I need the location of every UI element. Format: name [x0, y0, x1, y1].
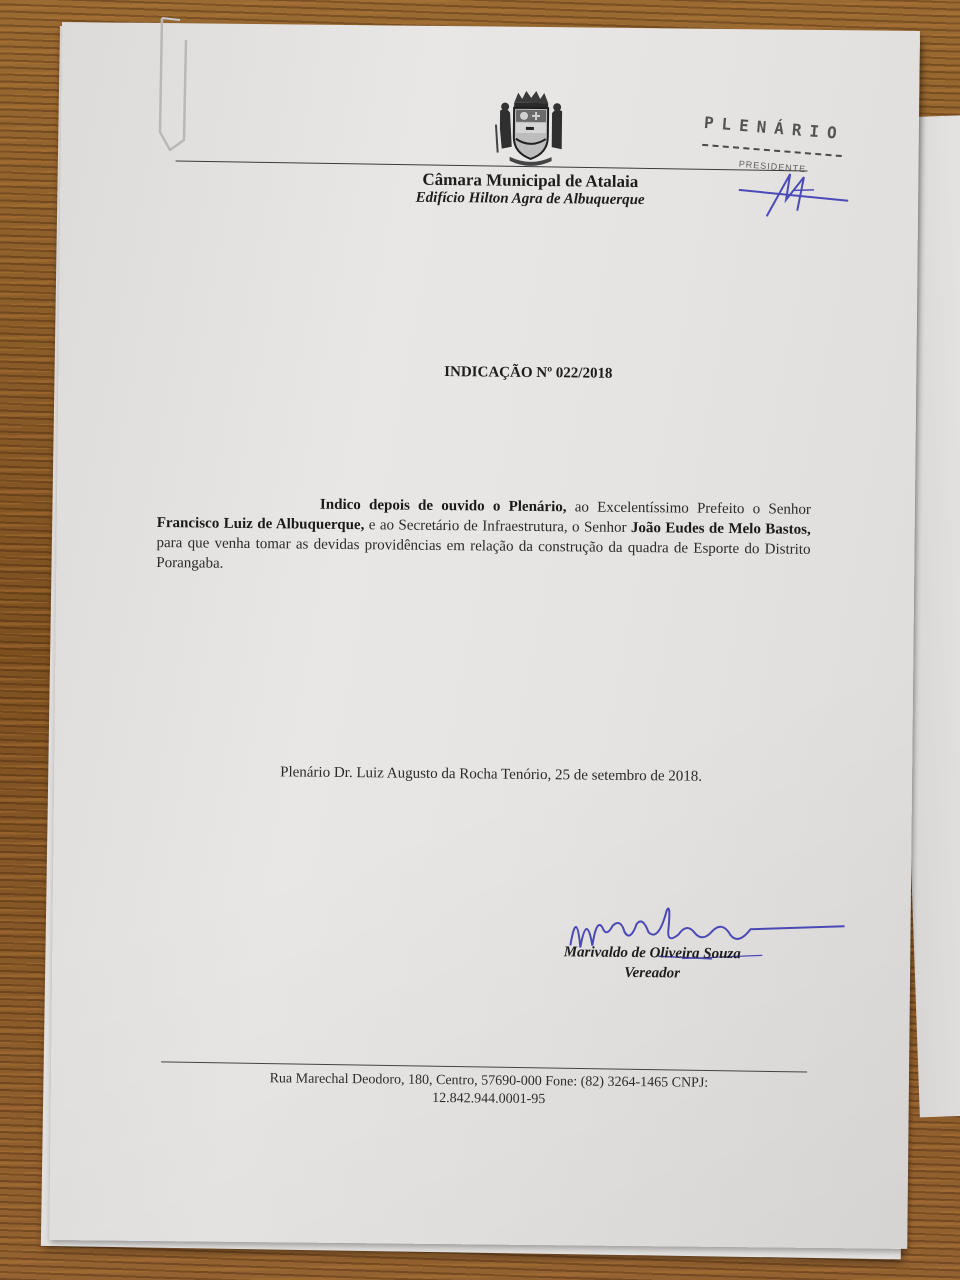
body-part-2: e ao Secretário de Infraestrutura, o Sen… — [364, 517, 631, 536]
stamp-signature-scribble — [737, 166, 861, 225]
document-title: INDICAÇÃO Nº 022/2018 — [378, 363, 678, 383]
body-part-3: para que venha tomar as devidas providên… — [156, 535, 810, 572]
body-mayor-name: Francisco Luiz de Albuquerque, — [157, 515, 365, 533]
body-part-1: ao Excelentíssimo Prefeito o Senhor — [566, 499, 811, 518]
stamp-title: PLENÁRIO — [703, 113, 874, 146]
date-line: Plenário Dr. Luiz Augusto da Rocha Tenór… — [280, 764, 780, 786]
signer-role: Vereador — [552, 962, 752, 984]
paperclip-icon — [150, 14, 200, 156]
signer-name: Marivaldo de Oliveira Souza — [552, 942, 752, 964]
document-body: Indico depois de ouvido o Plenário, ao E… — [156, 493, 811, 580]
building-name: Edifício Hilton Agra de Albuquerque — [360, 188, 700, 210]
stamp-signature-line — [702, 144, 842, 157]
signature-block: Marivaldo de Oliveira Souza Vereador — [552, 942, 752, 984]
footer-address: Rua Marechal Deodoro, 180, Centro, 57690… — [169, 1069, 809, 1112]
document-page: Câmara Municipal de Atalaia Edifício Hil… — [49, 22, 920, 1249]
body-intro: Indico depois de ouvido o Plenário, — [320, 497, 567, 516]
letterhead: Câmara Municipal de Atalaia Edifício Hil… — [360, 87, 701, 210]
plenario-stamp: PLENÁRIO PRESIDENTE — [697, 113, 874, 226]
body-secretary-name: João Eudes de Melo Bastos, — [631, 520, 811, 538]
coat-of-arms-icon — [485, 88, 576, 169]
